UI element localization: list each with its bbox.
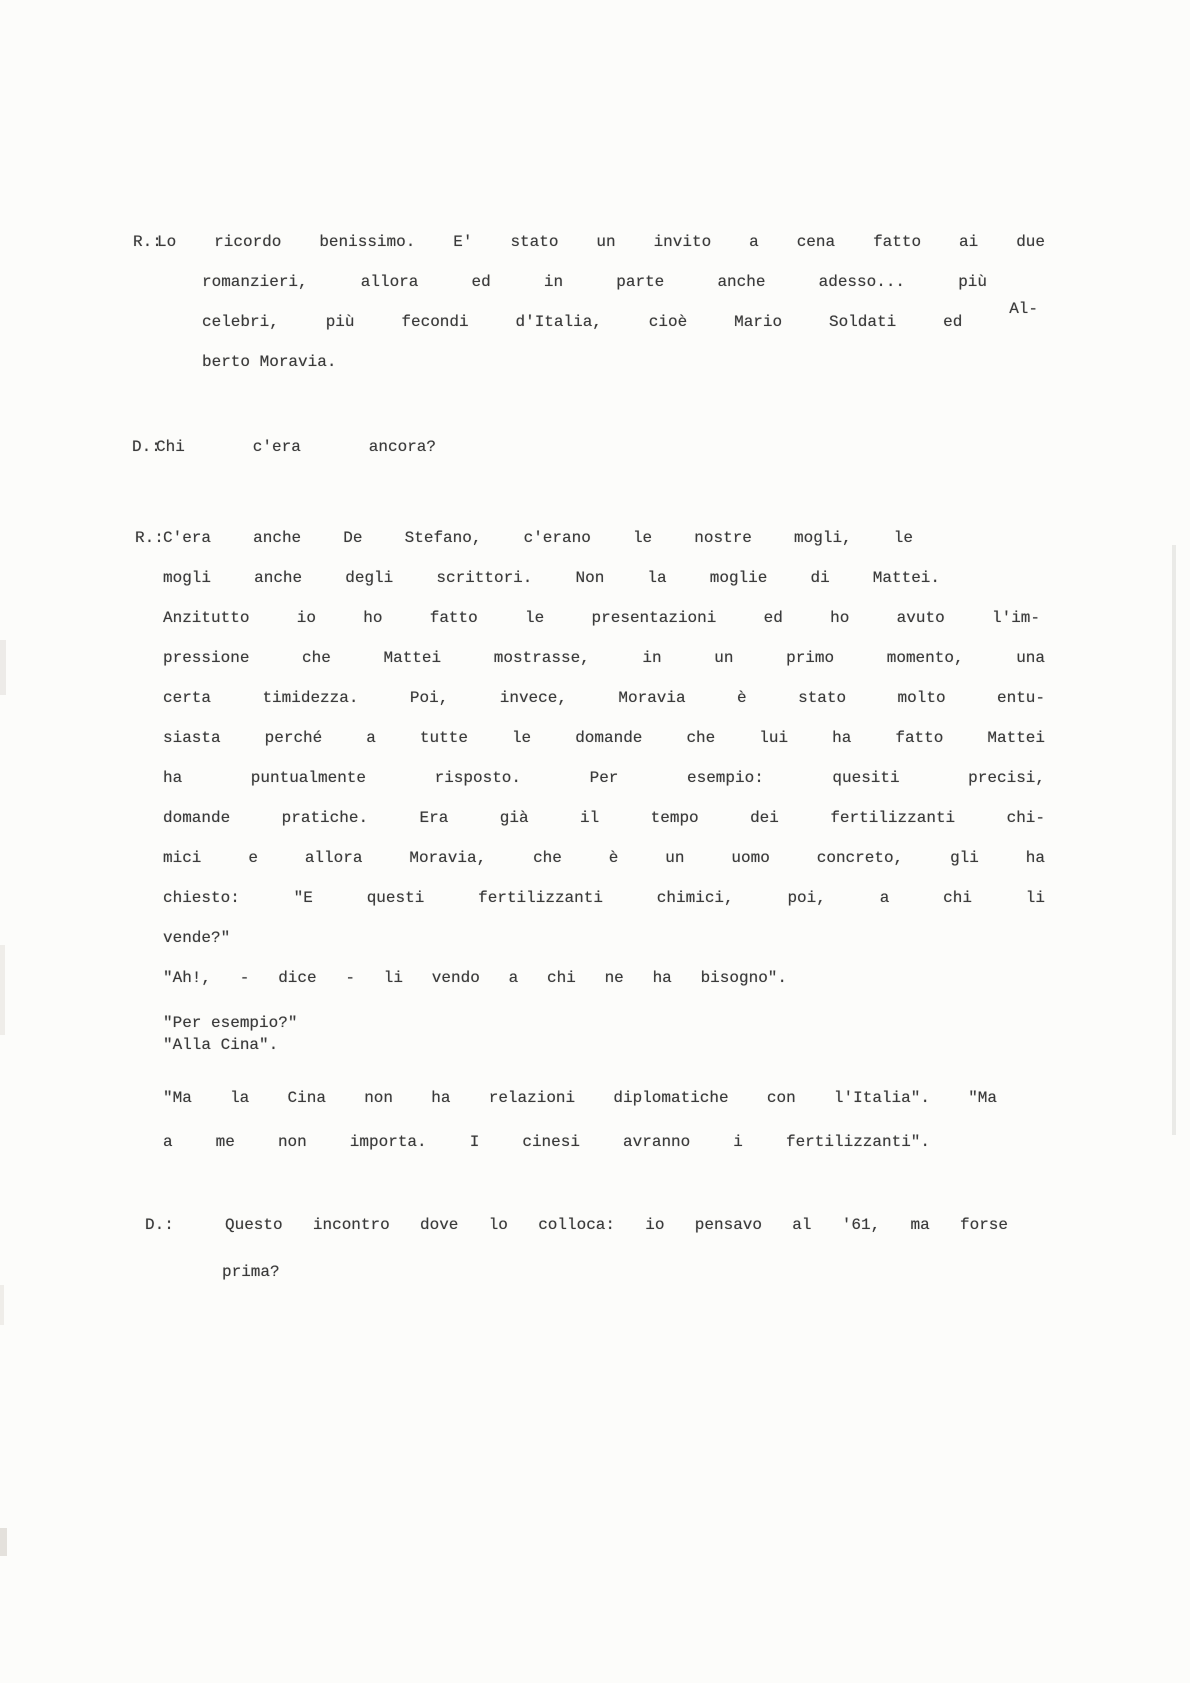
text-line: Questo incontro dove lo colloca: io pens…	[145, 1205, 1045, 1245]
dialogue-paragraph: R.: C'era anche De Stefano, c'erano le n…	[135, 518, 1045, 1162]
dialogue-paragraph: D.: Questo incontro dove lo colloca: io …	[145, 1205, 1045, 1292]
text-line: ha puntualmente risposto. Per esempio: q…	[135, 758, 1045, 798]
text-line: vende?"	[135, 918, 1045, 958]
text-line: C'era anche De Stefano, c'erano le nostr…	[135, 518, 1045, 558]
scan-artifact	[0, 1528, 7, 1556]
text-line: Chi c'era ancora?	[132, 427, 1044, 467]
scan-artifact	[0, 945, 5, 1035]
text-line: siasta perché a tutte le domande che lui…	[135, 718, 1045, 758]
speaker-label: R.:	[133, 222, 162, 262]
text-line: a me non importa. I cinesi avranno i fer…	[135, 1122, 1045, 1162]
speaker-label: D.:	[145, 1205, 174, 1245]
text-segment: celebri, più fecondi d'Italia, cioè Mari…	[202, 313, 962, 331]
text-line: chiesto: "E questi fertilizzanti chimici…	[135, 878, 1045, 918]
text-line: domande pratiche. Era già il tempo dei f…	[135, 798, 1045, 838]
text-line: romanzieri, allora ed in parte anche ade…	[133, 262, 1045, 302]
text-line: celebri, più fecondi d'Italia, cioè Mari…	[133, 302, 1045, 342]
speaker-label: D.:	[132, 427, 161, 467]
text-line: berto Moravia.	[133, 342, 1045, 382]
text-line: "Alla Cina".	[135, 1025, 1045, 1065]
text-line: pressione che Mattei mostrasse, in un pr…	[135, 638, 1045, 678]
scan-artifact	[0, 640, 6, 695]
text-line: mogli anche degli scrittori. Non la mogl…	[135, 558, 1045, 598]
text-line: "Ma la Cina non ha relazioni diplomatich…	[135, 1078, 1045, 1118]
text-line: certa timidezza. Poi, invece, Moravia è …	[135, 678, 1045, 718]
scan-artifact	[1172, 545, 1176, 1135]
text-line: "Ah!, - dice - li vendo a chi ne ha biso…	[135, 958, 1045, 998]
text-line: Anzitutto io ho fatto le presentazioni e…	[135, 598, 1045, 638]
text-line: Lo ricordo benissimo. E' stato un invito…	[133, 222, 1045, 262]
superscript-correction: Al-	[1009, 289, 1038, 329]
dialogue-paragraph: D.: Chi c'era ancora?	[132, 427, 1044, 467]
scanned-document-page: R.: Lo ricordo benissimo. E' stato un in…	[0, 0, 1190, 1683]
text-line: mici e allora Moravia, che è un uomo con…	[135, 838, 1045, 878]
dialogue-paragraph: R.: Lo ricordo benissimo. E' stato un in…	[133, 222, 1045, 382]
scan-artifact	[0, 1285, 4, 1325]
text-line: prima?	[145, 1252, 1045, 1292]
speaker-label: R.:	[135, 518, 164, 558]
